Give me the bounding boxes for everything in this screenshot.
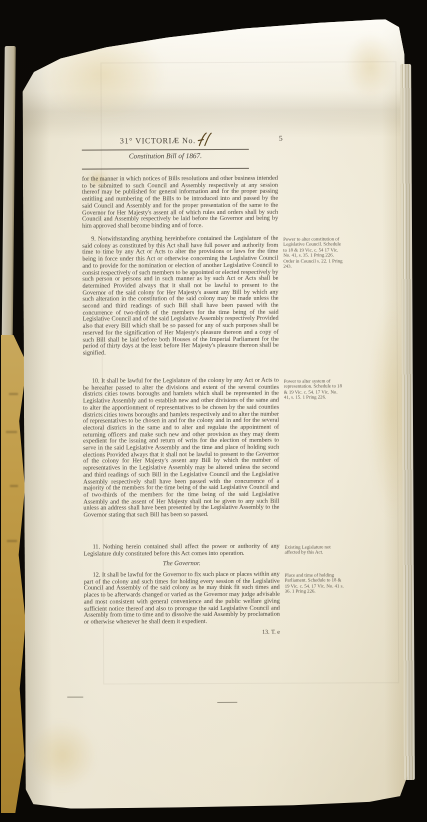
ink-bleed-mark [7, 540, 17, 542]
previous-page-edge-bottom [1, 335, 27, 813]
margin-note-section-10: Power to alter system of representation.… [284, 379, 344, 401]
margin-note-section-12: Place and time of holding Parliament. Sc… [285, 573, 345, 595]
subheading-the-governor: The Governor. [84, 560, 280, 568]
paper-stain [27, 721, 97, 791]
paragraph-continuation: for the manner in which notices of Bills… [82, 176, 278, 230]
margin-note-section-11: Existing Legislature not affected by thi… [285, 545, 345, 556]
scanned-page-photo: 31° VICTORIÆ No. 5 Constitution Bill of … [0, 0, 427, 822]
section-11-paragraph: 11. Nothing herein contained shall affec… [84, 544, 280, 558]
margin-note-section-9: Power to alter constitution of Legislati… [283, 237, 343, 270]
act-title: 31° VICTORIÆ No. [82, 132, 250, 150]
stacked-page-edges [400, 64, 415, 780]
signature-catchword: 13. T. e [210, 630, 280, 636]
pencil-mark [67, 697, 83, 698]
ink-bleed-mark [9, 393, 18, 395]
pencil-mark [217, 702, 237, 703]
page-number: 5 [272, 134, 290, 143]
section-10-paragraph: 10. It shall be lawful for the Legislatu… [83, 378, 280, 520]
section-12-paragraph: 12. It shall be lawful for the Governor … [84, 572, 280, 626]
document-page: 31° VICTORIÆ No. 5 Constitution Bill of … [22, 19, 407, 809]
handwritten-number-icon [197, 132, 212, 149]
ink-bleed-mark [6, 431, 17, 433]
ink-bleed-mark [10, 485, 18, 487]
section-9-paragraph: 9. Notwithstanding anything hereinbefore… [82, 236, 279, 358]
document-title: Constitution Bill of 1867. [82, 152, 249, 161]
act-title-text: 31° VICTORIÆ No. [120, 136, 196, 145]
